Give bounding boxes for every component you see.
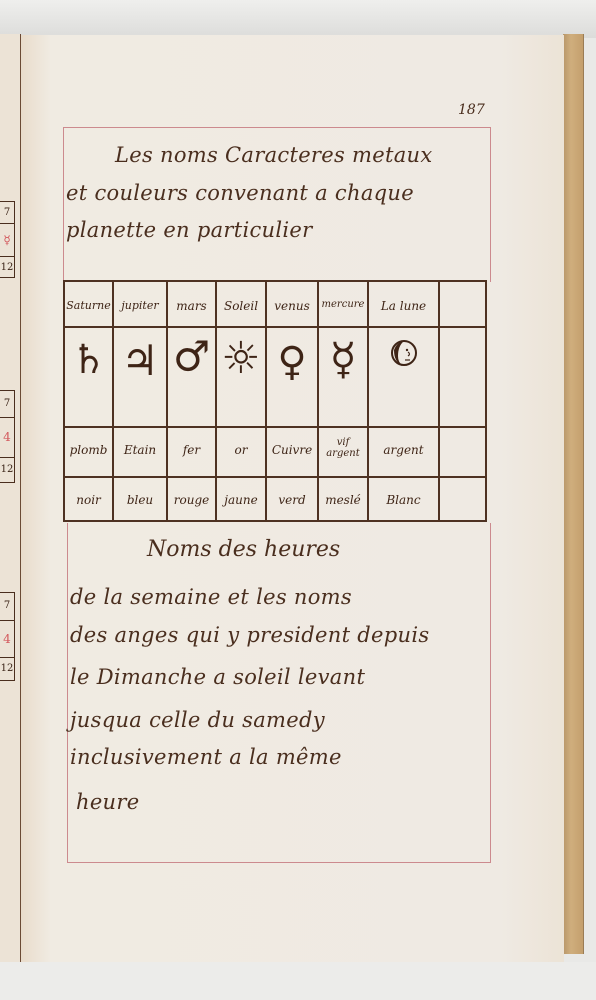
prev-cell: 7: [0, 592, 15, 621]
column-divider: [215, 282, 217, 520]
prev-cell: 4: [0, 417, 15, 458]
header-line: planette en particulier: [66, 218, 312, 242]
color-mercure: meslé: [319, 494, 367, 506]
row-divider: [65, 476, 485, 478]
header-line: et couleurs convenant a chaque: [66, 181, 414, 205]
hours-text-line: le Dimanche a soleil levant: [70, 665, 365, 689]
metal-jupiter: Etain: [114, 444, 166, 456]
prev-cell: 4: [0, 620, 15, 658]
column-header-mars: mars: [168, 300, 215, 312]
column-header-soleil: Soleil: [217, 300, 265, 312]
saturn-symbol-icon: ♄: [65, 340, 112, 380]
jupiter-symbol-icon: ♃: [114, 340, 166, 382]
column-header-jupiter: jupiter: [114, 300, 166, 311]
row-divider: [65, 426, 485, 428]
metal-soleil: or: [217, 444, 265, 456]
book-fore-edge: [563, 34, 584, 954]
hours-text-line: heure: [76, 790, 139, 814]
color-la-lune: Blanc: [369, 494, 438, 506]
metal-mars: fer: [168, 444, 215, 456]
header-line: Les noms Caracteres metaux: [115, 143, 433, 167]
prev-cell: 12: [0, 256, 15, 278]
previous-page-edge: 7 ☿ 12 7 4 12 7 4 12: [0, 34, 21, 962]
venus-symbol-icon: ♀: [267, 342, 317, 382]
hours-text-line: des anges qui y president depuis: [70, 623, 429, 647]
planet-correspondence-table: Saturne jupiter mars Soleil venus mercur…: [63, 280, 487, 522]
mars-symbol-icon: ♂: [168, 336, 215, 378]
prev-cell: 12: [0, 657, 15, 681]
color-jupiter: bleu: [114, 494, 166, 506]
hours-text-line: de la semaine et les noms: [70, 585, 352, 609]
metal-la-lune: argent: [369, 444, 438, 456]
hours-text-line: inclusivement a la même: [70, 745, 342, 769]
mercury-symbol-icon: ☿: [319, 338, 367, 382]
column-header-la-lune: La lune: [369, 300, 438, 312]
color-venus: verd: [267, 494, 317, 506]
row-divider: [65, 326, 485, 328]
color-soleil: jaune: [217, 494, 265, 506]
column-divider: [438, 282, 440, 520]
metal-saturne: plomb: [65, 444, 112, 456]
metal-mercure: vif argent: [319, 437, 367, 459]
column-header-saturne: Saturne: [65, 300, 112, 311]
moon-face-icon: [369, 338, 438, 375]
column-divider: [112, 282, 114, 520]
color-saturne: noir: [65, 494, 112, 506]
metal-venus: Cuivre: [267, 444, 317, 456]
prev-cell: 7: [0, 390, 15, 418]
column-divider: [317, 282, 319, 520]
prev-cell: ☿: [0, 223, 15, 257]
column-header-venus: venus: [267, 300, 317, 312]
column-divider: [166, 282, 168, 520]
page-number: 187: [458, 102, 485, 118]
column-divider: [265, 282, 267, 520]
prev-cell: 7: [0, 201, 15, 224]
color-mars: rouge: [168, 494, 215, 506]
hours-section-title: Noms des heures: [147, 537, 340, 562]
hours-text-line: jusqua celle du samedy: [70, 708, 325, 732]
sun-face-icon: ☼: [217, 337, 265, 381]
background-top: [0, 0, 596, 38]
column-header-mercure: mercure: [319, 300, 367, 310]
background-bottom: [0, 962, 596, 1000]
column-divider: [367, 282, 369, 520]
moon-face-drawing: [389, 338, 419, 368]
prev-cell: 12: [0, 457, 15, 483]
